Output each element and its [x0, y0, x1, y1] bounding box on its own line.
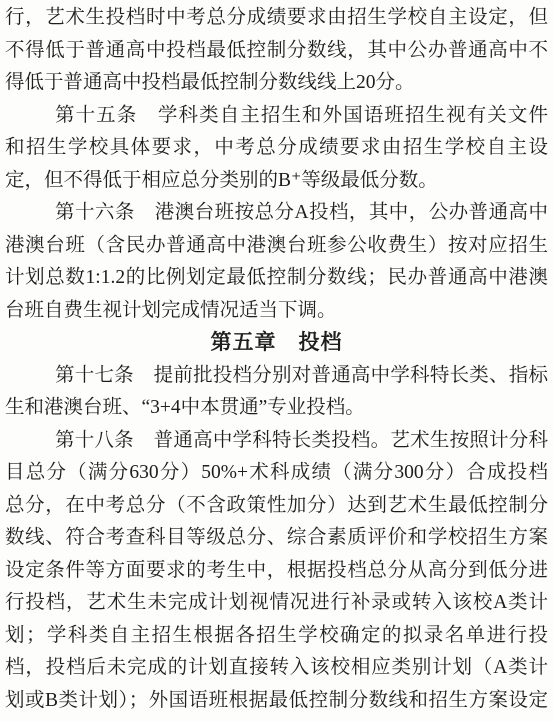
chapter-heading: 第五章 投档 [5, 327, 548, 360]
document-text-block: 行，艺术生投档时中考总分成绩要求由招生学校自主设定，但不得低于普通高中投档最低控… [5, 2, 548, 717]
document-line: 行投档，艺术生未完成计划视情况进行补录或转入该校A类计 [5, 587, 548, 620]
document-line: 目总分（满分630分）50%+术科成绩（满分300分）合成投档 [5, 457, 548, 490]
document-line: 不得低于普通高中投档最低控制分数线，其中公办普通高中不 [5, 35, 548, 68]
document-line: 划；学科类自主招生根据各招生学校确定的拟录名单进行投 [5, 620, 548, 653]
document-line: 港澳台班（含民办普通高中港澳台班参公收费生）按对应招生 [5, 230, 548, 263]
document-line: 定，但不得低于相应总分类别的B⁺等级最低分数。 [5, 165, 548, 198]
document-line: 行，艺术生投档时中考总分成绩要求由招生学校自主设定，但 [5, 2, 548, 35]
document-line: 总分，在中考总分（不含政策性加分）达到艺术生最低控制分 [5, 490, 548, 523]
document-line: 数线、符合考查科目等级总分、综合素质评价和学校招生方案 [5, 522, 548, 555]
document-line: 第十八条 普通高中学科特长类投档。艺术生按照计分科 [5, 425, 548, 458]
document-line: 得低于普通高中投档最低控制分数线线上20分。 [5, 67, 548, 100]
document-page: 行，艺术生投档时中考总分成绩要求由招生学校自主设定，但不得低于普通高中投档最低控… [0, 0, 554, 721]
document-line: 第十五条 学科类自主招生和外国语班招生视有关文件 [5, 100, 548, 133]
document-line: 第十七条 提前批投档分别对普通高中学科特长类、指标 [5, 360, 548, 393]
document-line: 档，投档后未完成的计划直接转入该校相应类别计划（A类计 [5, 652, 548, 685]
document-line: 设定条件等方面要求的考生中，根据投档总分从高分到低分进 [5, 555, 548, 588]
document-line: 生和港澳台班、“3+4中本贯通”专业投档。 [5, 392, 548, 425]
document-line: 和招生学校具体要求，中考总分成绩要求由招生学校自主设 [5, 132, 548, 165]
document-line: 第十六条 港澳台班按总分A投档，其中，公办普通高中 [5, 197, 548, 230]
document-line: 划或B类计划）；外国语班根据最低控制分数线和招生方案设定 [5, 685, 548, 718]
document-line: 台班自费生视计划完成情况适当下调。 [5, 295, 548, 328]
document-line: 计划总数1:1.2的比例划定最低控制分数线；民办普通高中港澳 [5, 262, 548, 295]
